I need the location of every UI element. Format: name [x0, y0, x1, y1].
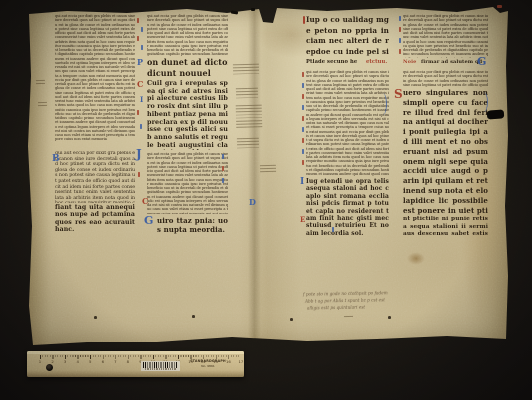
rubric-stroke [303, 16, 305, 24]
right-col-b-main-text: uero singulares non simpli opere cu face… [403, 88, 488, 215]
right-col-b-cont-text: nt ptictilie ni punie retisa sequa stali… [403, 216, 488, 239]
gutter-letter: J [136, 148, 142, 160]
lombard-initial: D [249, 198, 256, 206]
tear-mark [487, 109, 505, 119]
barcode-digits [145, 368, 176, 370]
marginal-note [36, 80, 45, 85]
right-col-a-lower-text: Iug etendi ue opra telis asequa staloni … [306, 178, 389, 236]
right-col-a-top-text: Iup o co ualidag mge peton no ppria in c… [306, 15, 389, 58]
ruler-number: 8 [124, 359, 132, 364]
ruler-model: No. 9861 [184, 364, 232, 368]
photo: qui aut eccia por dixit gra plebis et ca… [0, 0, 532, 400]
lombard-initial: E [300, 216, 305, 223]
ruler-ticks-mm [40, 355, 241, 357]
left-col-a-commentary-text: qui aut eccia por dixit gra plebis et ca… [55, 151, 135, 203]
left-col-a-gloss-text: qui aut eccia por dixit gra plebis et ca… [55, 14, 135, 150]
prick-hole [192, 315, 195, 318]
right-col-a-mid-line: Ptlade secuno he [306, 59, 366, 69]
right-col-b-gloss-text: qui aut eccia por dixit gra plebis et ca… [403, 14, 488, 58]
marginal-note [237, 138, 259, 150]
left-col-b-bottom-text: uiro ttaz pnia: uos nupta meordia. [157, 216, 228, 236]
marginal-note [260, 165, 276, 172]
left-col-b-gloss2-text: qui aut eccia por dixit gra plebis et ca… [147, 152, 228, 214]
right-col-b-rubric-word: Noie [403, 59, 419, 69]
ruler-barcode [141, 361, 180, 372]
left-col-b-gloss-text: qui aut eccia por dixit gra plebis et ca… [147, 14, 228, 56]
gutter-letter: I [140, 96, 143, 103]
left-col-b-heading-line1: on dunet ad dicton [147, 57, 228, 68]
lombard-initial: C [142, 197, 148, 205]
prick-hole [388, 316, 391, 319]
marginal-note [236, 88, 258, 100]
lombard-initial: B [52, 155, 60, 164]
gutter-letter: C [137, 80, 143, 88]
lombard-initial: I [300, 178, 304, 187]
left-col-a-bottom-text: fiant tag uita annequi nos nupe ad pctam… [55, 204, 135, 233]
margin-letter: G [477, 56, 486, 67]
marginal-note [233, 64, 259, 76]
barcode-bars [143, 362, 178, 368]
ruler-number: 3 [61, 359, 69, 364]
ruler-number: 6 [99, 359, 107, 364]
ruler-number: 17 [237, 359, 245, 364]
ruler-number: 5 [86, 359, 94, 364]
lombard-initial: S [394, 88, 403, 100]
lombard-initial: G [144, 215, 153, 226]
ruler-hanging-hole [46, 364, 53, 371]
edge-speck [251, 8, 255, 11]
ruler: 1 2 3 4 5 6 7 8 9 10 11 12 13 14 15 16 1… [27, 351, 244, 377]
right-col-b-gloss2-text: qui aut eccia por dixit gra plebis et ca… [403, 70, 488, 87]
left-col-b-heading-line2: dicunt nouuel [147, 68, 228, 79]
gutter-letter: P [137, 58, 143, 66]
prick-hole [290, 318, 293, 321]
left-col-b-main-text: Cuil gra i erepulas spea qi sic ad atres… [147, 80, 228, 150]
ruler-brand: STANDARDGRAPH [184, 359, 232, 363]
ruler-label: STANDARDGRAPH No. 9861 [184, 359, 232, 368]
red-speck [497, 5, 502, 8]
marginal-note [236, 105, 263, 130]
annotation-line: alligis estt ps quintulari est [307, 304, 365, 310]
prick-hole [94, 316, 97, 319]
right-col-a-gloss-text: qui aut eccia por dixit gra plebis et ca… [306, 70, 389, 176]
right-col-a-rubric-word: etctuu. [366, 59, 389, 69]
marginal-note [38, 102, 47, 107]
ruler-number: 7 [111, 359, 119, 364]
pencil-mark [344, 316, 353, 319]
ruler-number: 4 [74, 359, 82, 364]
ruler-number: 1 [36, 359, 44, 364]
